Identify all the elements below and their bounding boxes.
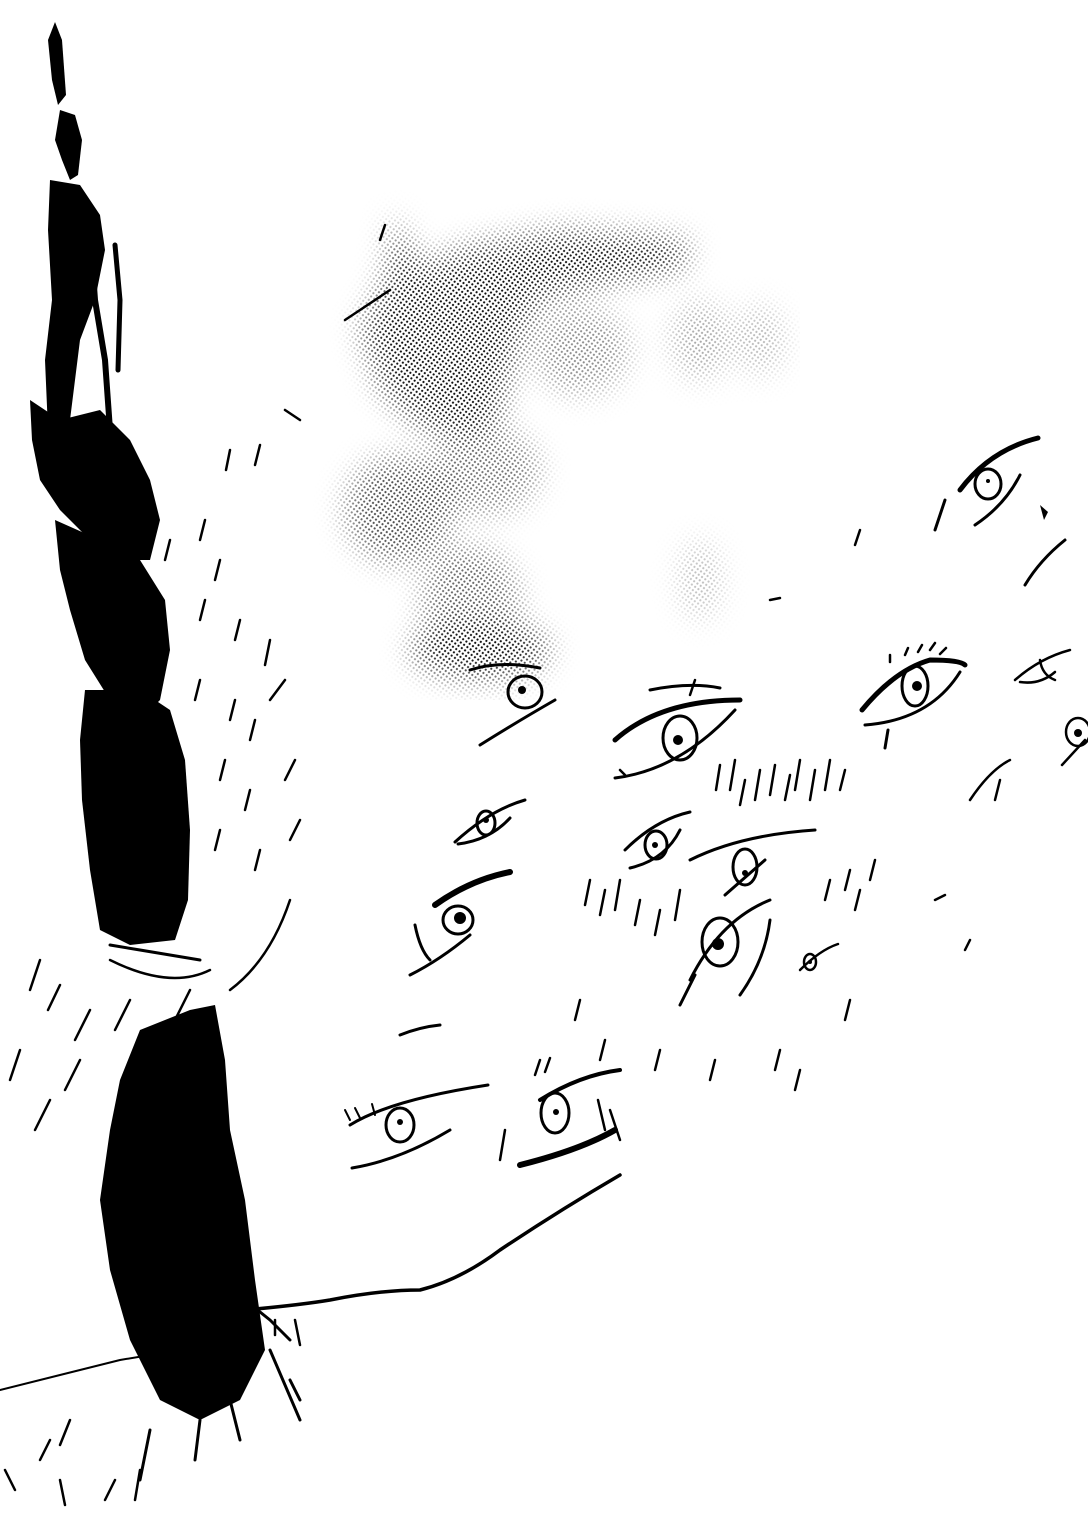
eye xyxy=(680,900,770,1005)
ink-drawing xyxy=(0,0,1088,1514)
contour-line xyxy=(245,1175,620,1345)
eye xyxy=(345,1025,488,1168)
eye xyxy=(862,643,965,748)
lower-tower xyxy=(0,1005,300,1505)
tall-spire xyxy=(30,22,200,960)
eye xyxy=(690,830,815,895)
eye xyxy=(1015,650,1070,683)
eye xyxy=(500,1058,620,1165)
eye xyxy=(800,944,838,970)
eye xyxy=(1062,718,1088,765)
eye xyxy=(455,800,525,844)
halftone-cloud xyxy=(300,180,800,700)
eye xyxy=(625,812,690,868)
eye xyxy=(410,872,510,975)
eye xyxy=(935,438,1065,585)
